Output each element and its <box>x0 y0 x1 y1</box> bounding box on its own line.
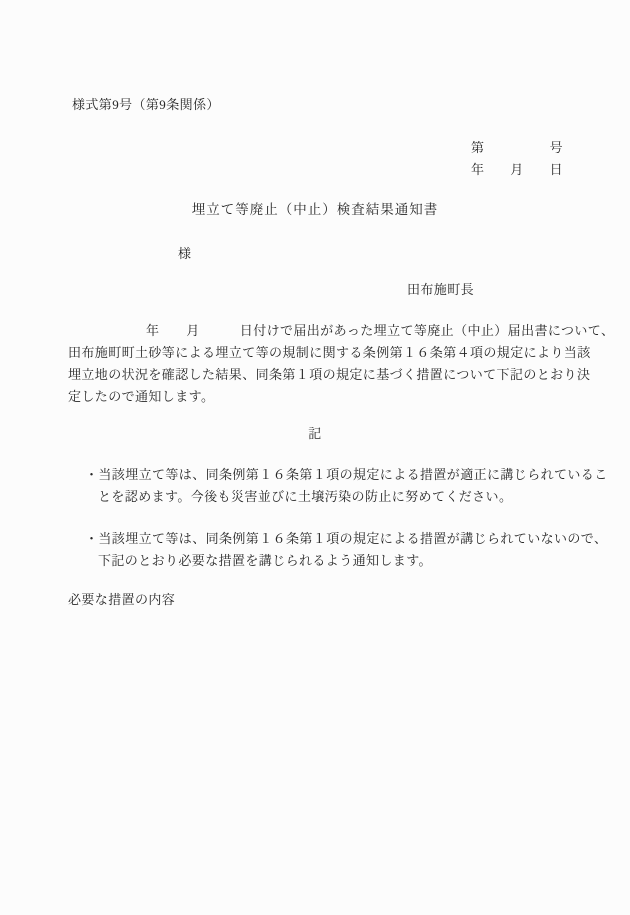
bullet-not-taken-line-1: ・当該埋立て等は、同条例第１６条第１項の規定による措置が講じられていないので、 <box>85 531 607 547</box>
body-paragraph-line-3: 埋立地の状況を確認した結果、同条第１項の規定に基づく措置について下記のとおり決 <box>68 367 590 383</box>
date-year-label: 年 <box>471 162 484 178</box>
bullet-approved-line-1: ・当該埋立て等は、同条例第１６条第１項の規定による措置が適正に講じられているこ <box>85 467 608 483</box>
doc-number-prefix: 第 <box>471 140 484 156</box>
measures-heading: 必要な措置の内容 <box>68 592 175 608</box>
ki-heading: 記 <box>0 426 630 442</box>
date-day-label: 日 <box>550 162 563 178</box>
bullet-not-taken-line-2: 下記のとおり必要な措置を講じられるよう通知します。 <box>98 553 432 569</box>
sender-name: 田布施町長 <box>407 282 474 298</box>
body-paragraph-line-4: 定したので通知します。 <box>68 389 214 405</box>
date-line: 年 月 日 <box>471 162 563 178</box>
document-title: 埋立て等廃止（中止）検査結果通知書 <box>0 202 630 219</box>
body-paragraph-line-2: 田布施町町土砂等による埋立て等の規制に関する条例第１６条第４項の規定により当該 <box>68 345 591 361</box>
bullet-approved-line-2: とを認めます。今後も災害並びに土壌汚染の防止に努めてください。 <box>98 489 512 505</box>
addressee-honorific: 様 <box>178 246 191 262</box>
document-page: 様式第9号（第9条関係） 第 号 年 月 日 埋立て等廃止（中止）検査結果通知書… <box>0 0 630 915</box>
date-month-label: 月 <box>510 162 523 178</box>
doc-number-suffix: 号 <box>550 140 563 156</box>
form-number: 様式第9号（第9条関係） <box>72 97 220 113</box>
body-paragraph-line-1: 年 月 日付けで届出があった埋立て等廃止（中止）届出書について、 <box>68 323 614 339</box>
doc-number-line: 第 号 <box>471 140 563 156</box>
